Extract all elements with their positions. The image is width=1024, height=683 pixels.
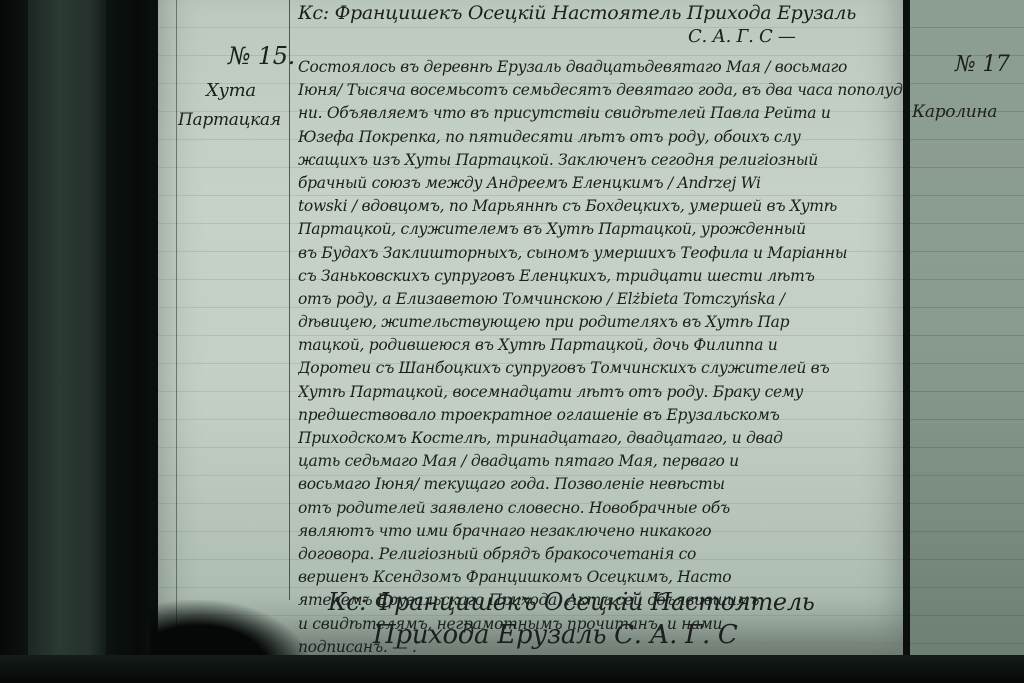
column-rule xyxy=(289,0,290,600)
book-spine-shadow xyxy=(106,0,158,683)
right-entry-number: № 17 xyxy=(955,52,1010,77)
right-page xyxy=(910,0,1024,655)
ruled-lines xyxy=(910,0,1024,655)
bottom-shadow xyxy=(0,655,1024,683)
right-margin-place: Каролина xyxy=(912,102,997,122)
priest-signature: Кс: Францишекъ Осецкій Настоятель xyxy=(328,588,815,616)
header-signature-initials: С. А. Г. С — xyxy=(688,26,796,47)
header-signature: Кс: Францишекъ Осецкій Настоятель Приход… xyxy=(298,2,856,24)
dark-background-left xyxy=(0,0,30,683)
page-gutter xyxy=(903,0,910,662)
margin-place-name-2: Партацкая xyxy=(178,110,281,130)
margin-rule xyxy=(176,0,177,662)
book-cover-edge xyxy=(28,0,106,683)
left-page: Кс: Францишекъ Осецкій Настоятель Приход… xyxy=(158,0,903,662)
priest-signature-2: Прихода Ерузаль С. А. Г. С xyxy=(373,620,737,650)
margin-place-name: Хута xyxy=(206,80,256,101)
entry-number: № 15. xyxy=(228,42,295,70)
